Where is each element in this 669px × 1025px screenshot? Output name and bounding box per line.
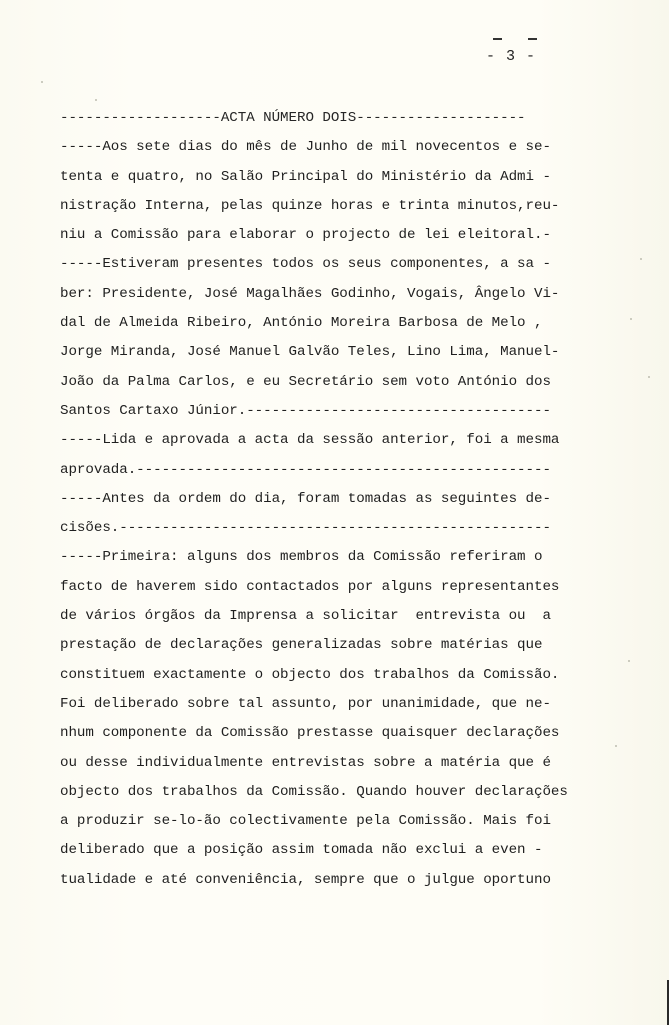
text-line: tualidade e até conveniência, sempre que…: [60, 866, 620, 895]
text-line: nistração Interna, pelas quinze horas e …: [60, 192, 620, 221]
text-line: objecto dos trabalhos da Comissão. Quand…: [60, 778, 620, 807]
paper-speck: [95, 99, 97, 101]
document-title: -------------------ACTA NÚMERO DOIS-----…: [60, 104, 620, 133]
text-line: dal de Almeida Ribeiro, António Moreira …: [60, 309, 620, 338]
text-line: -----Antes da ordem do dia, foram tomada…: [60, 485, 620, 514]
text-line: -----Primeira: alguns dos membros da Com…: [60, 543, 620, 572]
page-number-overline: [486, 30, 546, 46]
text-line: cisões.---------------------------------…: [60, 514, 620, 543]
text-line: ber: Presidente, José Magalhães Godinho,…: [60, 280, 620, 309]
text-line: deliberado que a posição assim tomada nã…: [60, 836, 620, 865]
text-line: tenta e quatro, no Salão Principal do Mi…: [60, 163, 620, 192]
text-line: -----Estiveram presentes todos os seus c…: [60, 250, 620, 279]
text-line: João da Palma Carlos, e eu Secretário se…: [60, 368, 620, 397]
text-line: Foi deliberado sobre tal assunto, por un…: [60, 690, 620, 719]
text-line: aprovada.-------------------------------…: [60, 456, 620, 485]
paper-speck: [615, 745, 617, 747]
paper-speck: [630, 318, 632, 320]
page-number: - 3 -: [486, 48, 546, 65]
text-line: -----Lida e aprovada a acta da sessão an…: [60, 426, 620, 455]
text-line: niu a Comissão para elaborar o projecto …: [60, 221, 620, 250]
paper-speck: [648, 376, 650, 378]
text-line: ou desse individualmente entrevistas sob…: [60, 749, 620, 778]
document-body: -------------------ACTA NÚMERO DOIS-----…: [60, 104, 620, 895]
paper-speck: [640, 258, 642, 260]
paper-speck: [41, 81, 43, 83]
page-number-block: - 3 -: [486, 30, 546, 65]
text-line: Jorge Miranda, José Manuel Galvão Teles,…: [60, 338, 620, 367]
text-line: a produzir se-lo-ão colectivamente pela …: [60, 807, 620, 836]
text-line: facto de haverem sido contactados por al…: [60, 573, 620, 602]
text-line: constituem exactamente o objecto dos tra…: [60, 661, 620, 690]
text-line: nhum componente da Comissão prestasse qu…: [60, 719, 620, 748]
text-line: prestação de declarações generalizadas s…: [60, 631, 620, 660]
text-line: Santos Cartaxo Júnior.------------------…: [60, 397, 620, 426]
text-line: -----Aos sete dias do mês de Junho de mi…: [60, 133, 620, 162]
text-line: de vários órgãos da Imprensa a solicitar…: [60, 602, 620, 631]
document-page: - 3 - -------------------ACTA NÚMERO DOI…: [0, 0, 669, 1025]
paper-speck: [628, 660, 630, 662]
